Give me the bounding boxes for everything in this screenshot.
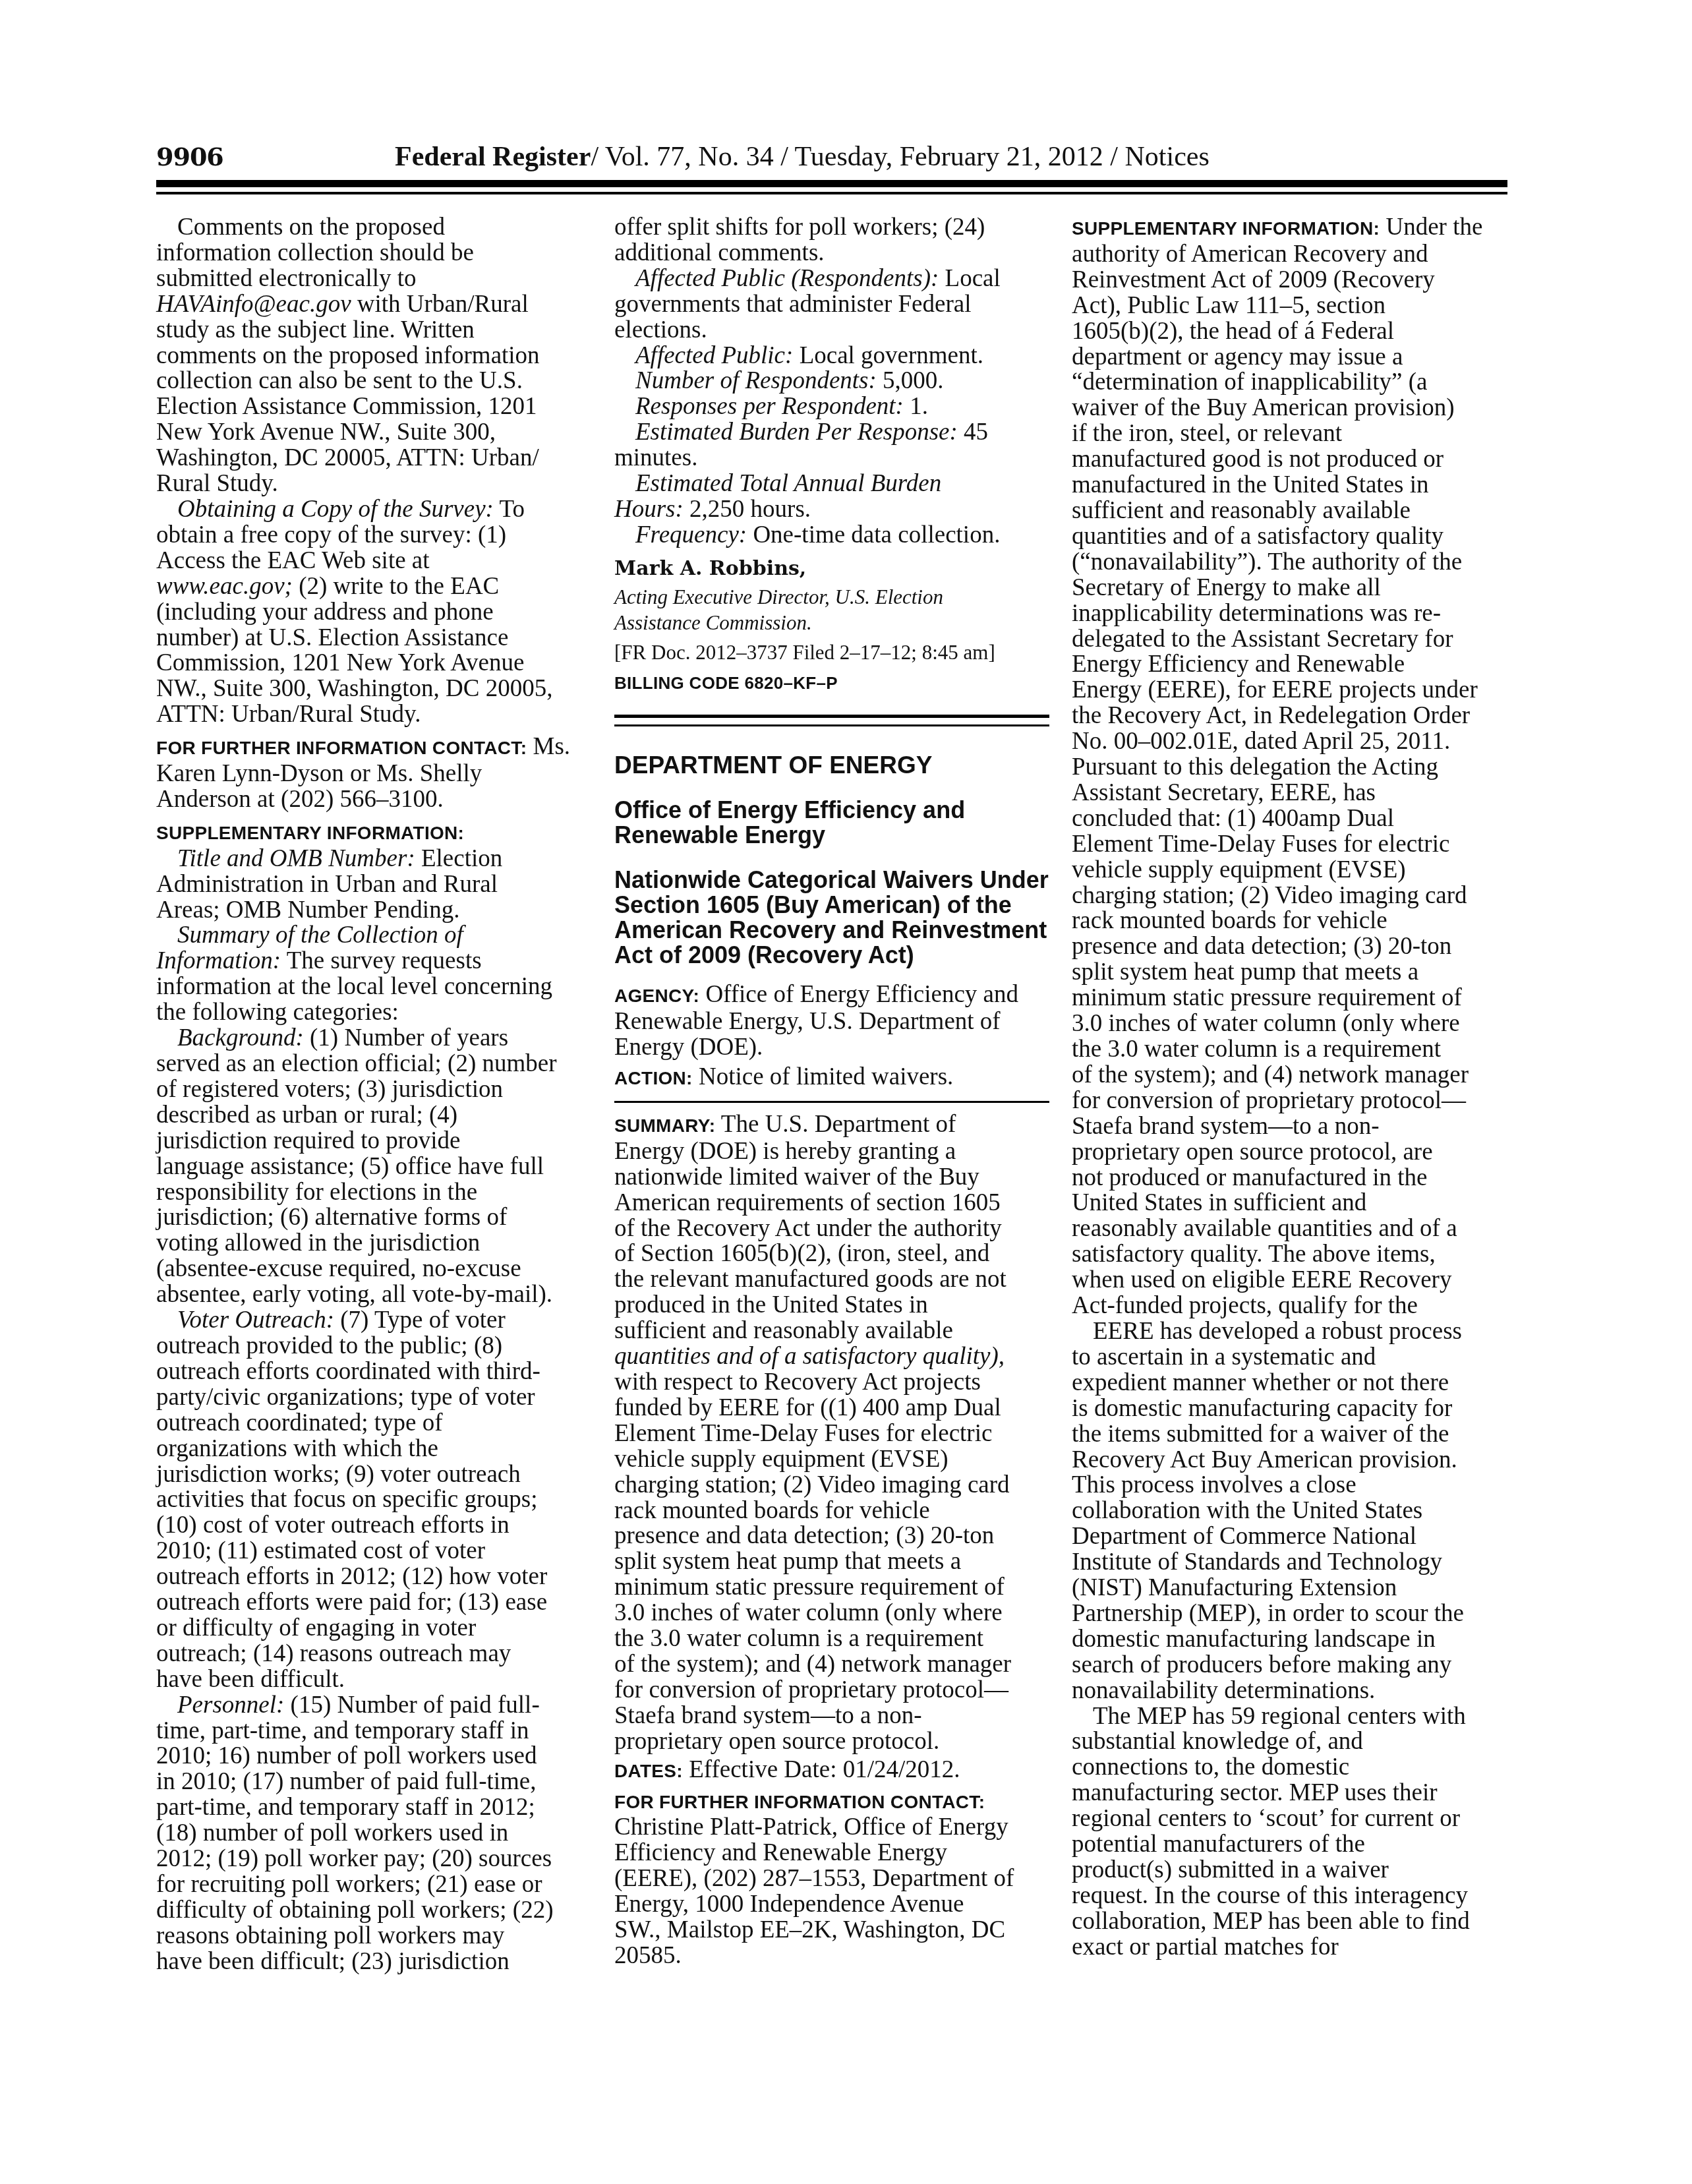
text-line: organizations with which the	[156, 1436, 611, 1462]
text-line: charging station; (2) Video imaging card	[614, 1473, 1069, 1498]
text-line: for conversion of proprietary protocol—	[1072, 1088, 1527, 1114]
text-line: the relevant manufactured goods are not	[614, 1267, 1069, 1293]
text-line: the Recovery Act, in Redelegation Order	[1072, 703, 1527, 729]
text-line: ATTN: Urban/Rural Study.	[156, 702, 611, 728]
text-line: not produced or manufactured in the	[1072, 1166, 1527, 1191]
text-line: voting allowed in the jurisdiction	[156, 1231, 611, 1256]
text-line: jurisdiction; (6) alternative forms of	[156, 1205, 611, 1231]
text-line: presence and data detection; (3) 20-ton	[1072, 934, 1527, 960]
text-line: the following categories:	[156, 1000, 611, 1026]
text-line: Staefa brand system—to a non-	[614, 1703, 1069, 1729]
text-line: have been difficult; (23) jurisdiction	[156, 1949, 611, 1975]
text-line: Comments on the proposed	[156, 215, 611, 241]
contact-section: FOR FURTHER INFORMATION CONTACT: Ms. Kar…	[156, 734, 611, 813]
text-line: funded by EERE for ((1) 400 amp Dual	[614, 1396, 1069, 1421]
text-line: rack mounted boards for vehicle	[1072, 908, 1527, 934]
text-line: time, part-time, and temporary staff in	[156, 1719, 611, 1744]
text-line: Affected Public: Local government.	[614, 343, 1069, 369]
text-line: inapplicability determinations was re-	[1072, 601, 1527, 627]
text-line: vehicle supply equipment (EVSE)	[614, 1447, 1069, 1473]
text-line: number) at U.S. Election Assistance	[156, 626, 611, 651]
text-line: additional comments.	[614, 241, 1069, 266]
text-line: if the iron, steel, or relevant	[1072, 421, 1527, 447]
text-line: Act-funded projects, qualify for the	[1072, 1293, 1527, 1319]
text-line: part-time, and temporary staff in 2012;	[156, 1795, 611, 1821]
text-line: Rural Study.	[156, 471, 611, 497]
text-line: 3.0 inches of water column (only where	[1072, 1011, 1527, 1037]
text-line: Element Time-Delay Fuses for electric	[614, 1421, 1069, 1447]
text-line: Frequency: One-time data collection.	[614, 523, 1069, 548]
text-line: for conversion of proprietary protocol—	[614, 1678, 1069, 1703]
text-line: (18) number of poll workers used in	[156, 1821, 611, 1846]
section-label: SUMMARY:	[614, 1115, 715, 1136]
text-line: United States in sufficient and	[1072, 1191, 1527, 1216]
text-line: Institute of Standards and Technology	[1072, 1550, 1527, 1576]
text-line: Voter Outreach: (7) Type of voter	[156, 1308, 611, 1334]
text-line: Summary of the Collection of	[156, 923, 611, 949]
section-label: AGENCY:	[614, 986, 699, 1006]
text-line: EERE has developed a robust process	[1072, 1319, 1527, 1345]
text-line: for recruiting poll workers; (21) ease o…	[156, 1872, 611, 1898]
text-line: satisfactory quality. The above items,	[1072, 1242, 1527, 1268]
text-line: Election Assistance Commission, 1201	[156, 394, 611, 420]
text-line: study as the subject line. Written	[156, 318, 611, 343]
text-line: The MEP has 59 regional centers with	[1072, 1704, 1527, 1730]
text-line: (including your address and phone	[156, 600, 611, 626]
text-line: Energy (DOE) is hereby granting a	[614, 1139, 1069, 1165]
text-line: FOR FURTHER INFORMATION CONTACT: Ms.	[156, 734, 611, 761]
billing-code: BILLING CODE 6820–KF–P	[614, 669, 1069, 696]
text-line: sufficient and reasonably available	[614, 1318, 1069, 1344]
text-line: minimum static pressure requirement of	[614, 1575, 1069, 1601]
text-line: Energy Efficiency and Renewable	[1072, 652, 1527, 678]
text-line: product(s) submitted in a waiver	[1072, 1858, 1527, 1883]
text-line: manufactured in the United States in	[1072, 473, 1527, 498]
text-line: outreach efforts coordinated with third-	[156, 1359, 611, 1385]
text-line: reasonably available quantities and of a	[1072, 1216, 1527, 1242]
text-line: or difficulty of engaging in voter	[156, 1616, 611, 1641]
text-line: proprietary open source protocol, are	[1072, 1140, 1527, 1166]
text-line: Element Time-Delay Fuses for electric	[1072, 832, 1527, 858]
text-line: FOR FURTHER INFORMATION CONTACT:	[614, 1788, 1069, 1815]
document-separator-thick	[614, 715, 1049, 718]
text-line: language assistance; (5) office have ful…	[156, 1154, 611, 1180]
text-line: information collection should be	[156, 241, 611, 266]
text-line: information at the local level concernin…	[156, 974, 611, 1000]
text-line: offer split shifts for poll workers; (24…	[614, 215, 1069, 241]
text-line: jurisdiction works; (9) voter outreach	[156, 1462, 611, 1488]
text-line: Areas; OMB Number Pending.	[156, 898, 611, 924]
text-line: Renewable Energy, U.S. Department of	[614, 1009, 1069, 1035]
text-line: split system heat pump that meets a	[614, 1549, 1069, 1575]
text-line: manufactured good is not produced or	[1072, 447, 1527, 473]
text-line: concluded that: (1) 400amp Dual	[1072, 806, 1527, 832]
text-line: exact or partial matches for	[1072, 1935, 1527, 1961]
text-line: rack mounted boards for vehicle	[614, 1498, 1069, 1524]
text-line: responsibility for elections in the	[156, 1180, 611, 1206]
text-line: SUPPLEMENTARY INFORMATION:	[156, 819, 611, 846]
text-line: Obtaining a Copy of the Survey: To	[156, 497, 611, 523]
comments-paragraph: Comments on the proposed information col…	[156, 215, 611, 497]
text-line: presence and data detection; (3) 20-ton	[614, 1523, 1069, 1549]
text-line: produced in the United States in	[614, 1293, 1069, 1318]
text-line: Partnership (MEP), in order to scour the	[1072, 1601, 1527, 1627]
text-line: obtain a free copy of the survey: (1)	[156, 523, 611, 548]
notice-title: Nationwide Categorical Waivers Under	[614, 868, 1069, 893]
text-line: Title and OMB Number: Election	[156, 846, 611, 872]
column-2: offer split shifts for poll workers; (24…	[614, 215, 1069, 1969]
page-header: 9906 Federal Register/ Vol. 77, No. 34 /…	[156, 142, 1507, 175]
text-line: Access the EAC Web site at	[156, 548, 611, 574]
text-line: waiver of the Buy American provision)	[1072, 396, 1527, 421]
text-line: outreach; (14) reasons outreach may	[156, 1641, 611, 1667]
text-line: outreach coordinated; type of	[156, 1411, 611, 1436]
text-line: to ascertain in a systematic and	[1072, 1345, 1527, 1371]
department-heading: DEPARTMENT OF ENERGY	[614, 752, 1069, 779]
text-line: (absentee-excuse required, no-excuse	[156, 1256, 611, 1282]
signer-title: Assistance Commission.	[614, 610, 1069, 636]
text-line: nationwide limited waiver of the Buy	[614, 1165, 1069, 1191]
text-line: “determination of inapplicability” (a	[1072, 370, 1527, 396]
text-line: 1605(b)(2), the head of á Federal	[1072, 319, 1527, 345]
text-line: Secretary of Energy to make all	[1072, 576, 1527, 601]
text-line: Energy (EERE), for EERE projects under	[1072, 678, 1527, 703]
text-line: Anderson at (202) 566–3100.	[156, 787, 611, 813]
text-line: jurisdiction required to provide	[156, 1129, 611, 1154]
text-line: Information: The survey requests	[156, 949, 611, 974]
text-line: (NIST) Manufacturing Extension	[1072, 1576, 1527, 1601]
text-line: with respect to Recovery Act projects	[614, 1370, 1069, 1396]
text-line: department or agency may issue a	[1072, 345, 1527, 370]
text-line: submitted electronically to	[156, 266, 611, 292]
text-line: quantities and of a satisfactory quality…	[614, 1344, 1069, 1370]
text-line: (EERE), (202) 287–1553, Department of	[614, 1866, 1069, 1892]
section-label: SUPPLEMENTARY INFORMATION:	[1072, 218, 1380, 239]
website-link[interactable]: www.eac.gov;	[156, 573, 293, 600]
text-line: American requirements of section 1605	[614, 1191, 1069, 1216]
text-line: outreach provided to the public; (8)	[156, 1334, 611, 1359]
text-line: Assistant Secretary, EERE, has	[1072, 781, 1527, 806]
text-line: Number of Respondents: 5,000.	[614, 369, 1069, 394]
text-line: connections to, the domestic	[1072, 1755, 1527, 1781]
text-line: SUMMARY: The U.S. Department of	[614, 1112, 1069, 1139]
text-line: HAVAinfo@eac.gov with Urban/Rural	[156, 292, 611, 318]
running-head: Federal Register/ Vol. 77, No. 34 / Tues…	[395, 142, 1210, 171]
text-line: Energy (DOE).	[614, 1035, 1069, 1061]
fr-doc-citation: [FR Doc. 2012–3737 Filed 2–17–12; 8:45 a…	[614, 640, 1069, 666]
text-line: served as an election official; (2) numb…	[156, 1051, 611, 1077]
text-line: SUPPLEMENTARY INFORMATION: Under the	[1072, 215, 1527, 242]
text-line: 2010; (11) estimated cost of voter	[156, 1539, 611, 1564]
column-3: SUPPLEMENTARY INFORMATION: Under the aut…	[1072, 215, 1527, 1961]
text-line: difficulty of obtaining poll workers; (2…	[156, 1898, 611, 1924]
text-line: (10) cost of voter outreach efforts in	[156, 1513, 611, 1539]
text-line: delegated to the Assistant Secretary for	[1072, 627, 1527, 653]
header-rule-thin	[156, 192, 1507, 194]
section-label: SUPPLEMENTARY INFORMATION:	[156, 823, 464, 843]
text-line: request. In the course of this interagen…	[1072, 1883, 1527, 1909]
text-line: in 2010; (17) number of paid full-time,	[156, 1769, 611, 1795]
text-line: expedient manner whether or not there	[1072, 1371, 1527, 1396]
text-line: AGENCY: Office of Energy Efficiency and	[614, 982, 1069, 1009]
text-line: www.eac.gov; (2) write to the EAC	[156, 574, 611, 600]
text-line: outreach efforts were paid for; (13) eas…	[156, 1590, 611, 1616]
text-line: substantial knowledge of, and	[1072, 1729, 1527, 1755]
text-line: elections.	[614, 318, 1069, 343]
page-number: 9906	[156, 142, 223, 171]
section-label: DATES:	[614, 1761, 683, 1781]
text-line: DATES: Effective Date: 01/24/2012.	[614, 1757, 1069, 1785]
text-line: Personnel: (15) Number of paid full-	[156, 1693, 611, 1719]
text-line: No. 00–002.01E, dated April 25, 2011.	[1072, 729, 1527, 755]
text-line: 2012; (19) poll worker pay; (20) sources	[156, 1846, 611, 1872]
text-line: Energy, 1000 Independence Avenue	[614, 1892, 1069, 1918]
text-line: New York Avenue NW., Suite 300,	[156, 420, 611, 446]
notice-title: Section 1605 (Buy American) of the	[614, 893, 1069, 918]
notice-title: American Recovery and Reinvestment	[614, 918, 1069, 943]
text-line: collection can also be sent to the U.S.	[156, 369, 611, 394]
text-line: activities that focus on specific groups…	[156, 1487, 611, 1513]
text-line: minutes.	[614, 446, 1069, 471]
text-line: the items submitted for a waiver of the	[1072, 1422, 1527, 1448]
text-line: described as urban or rural; (4)	[156, 1103, 611, 1129]
text-line: of Section 1605(b)(2), (iron, steel, and	[614, 1241, 1069, 1267]
text-line: nonavailability determinations.	[1072, 1678, 1527, 1704]
text-line: domestic manufacturing landscape in	[1072, 1627, 1527, 1653]
text-line: Pursuant to this delegation the Acting	[1072, 755, 1527, 781]
text-line: Karen Lynn-Dyson or Ms. Shelly	[156, 761, 611, 787]
text-line: Act), Public Law 111–5, section	[1072, 293, 1527, 319]
text-line: potential manufacturers of the	[1072, 1832, 1527, 1858]
text-line: Estimated Total Annual Burden	[614, 471, 1069, 497]
text-line: SW., Mailstop EE–2K, Washington, DC	[614, 1918, 1069, 1943]
section-label: ACTION:	[614, 1068, 693, 1088]
issue-details: / Vol. 77, No. 34 / Tuesday, February 21…	[591, 142, 1209, 172]
section-separator	[614, 1101, 1049, 1103]
text-line: reasons obtaining poll workers may	[156, 1924, 611, 1949]
text-line: regional centers to ‘scout’ for current …	[1072, 1806, 1527, 1832]
text-line: Hours: 2,250 hours.	[614, 497, 1069, 523]
text-line: search of producers before making any	[1072, 1653, 1527, 1678]
text-line: Commission, 1201 New York Avenue	[156, 651, 611, 676]
text-line: Reinvestment Act of 2009 (Recovery	[1072, 268, 1527, 293]
text-line: proprietary open source protocol.	[614, 1729, 1069, 1755]
text-line: the 3.0 water column is a requirement	[614, 1626, 1069, 1652]
text-line: Efficiency and Renewable Energy	[614, 1841, 1069, 1866]
text-line: 2010; 16) number of poll workers used	[156, 1744, 611, 1769]
text-line: quantities and of a satisfactory quality	[1072, 524, 1527, 550]
text-line: charging station; (2) Video imaging card	[1072, 883, 1527, 909]
supplementary-section: SUPPLEMENTARY INFORMATION: Title and OMB…	[156, 819, 611, 1975]
text-line: This process involves a close	[1072, 1473, 1527, 1498]
text-line: party/civic organizations; type of voter	[156, 1385, 611, 1411]
text-line: (“nonavailability”). The authority of th…	[1072, 550, 1527, 576]
text-line: split system heat pump that meets a	[1072, 960, 1527, 986]
section-label: FOR FURTHER INFORMATION CONTACT:	[614, 1792, 985, 1812]
text-line: 20585.	[614, 1943, 1069, 1969]
text-line: of the Recovery Act under the authority	[614, 1216, 1069, 1242]
text-line: governments that administer Federal	[614, 292, 1069, 318]
text-line: sufficient and reasonably available	[1072, 498, 1527, 524]
text-line: authority of American Recovery and	[1072, 242, 1527, 268]
section-label: FOR FURTHER INFORMATION CONTACT:	[156, 738, 527, 758]
text-line: Washington, DC 20005, ATTN: Urban/	[156, 446, 611, 471]
text-line: of the system); and (4) network manager	[614, 1652, 1069, 1678]
text-line: NW., Suite 300, Washington, DC 20005,	[156, 676, 611, 702]
text-line: 3.0 inches of water column (only where	[614, 1601, 1069, 1626]
text-line: Department of Commerce National	[1072, 1524, 1527, 1550]
publication-name: Federal Register	[395, 142, 591, 172]
email-link[interactable]: HAVAinfo@eac.gov	[156, 291, 351, 318]
text-line: vehicle supply equipment (EVSE)	[1072, 858, 1527, 883]
text-line: ACTION: Notice of limited waivers.	[614, 1065, 1069, 1092]
text-line: of the system); and (4) network manager	[1072, 1063, 1527, 1088]
text-line: is domestic manufacturing capacity for	[1072, 1396, 1527, 1422]
text-line: collaboration, MEP has been able to find	[1072, 1909, 1527, 1935]
text-line: Background: (1) Number of years	[156, 1026, 611, 1051]
header-rule-thick	[156, 180, 1507, 187]
text-line: of registered voters; (3) jurisdiction	[156, 1077, 611, 1103]
text-line: outreach efforts in 2012; (12) how voter	[156, 1564, 611, 1590]
notice-title: Act of 2009 (Recovery Act)	[614, 943, 1069, 968]
text-line: collaboration with the United States	[1072, 1498, 1527, 1524]
signer-title: Acting Executive Director, U.S. Election	[614, 585, 1069, 610]
text-line: have been difficult.	[156, 1667, 611, 1693]
obtaining-copy-paragraph: Obtaining a Copy of the Survey: To obtai…	[156, 497, 611, 728]
text-line: Recovery Act Buy American provision.	[1072, 1448, 1527, 1473]
text-line: comments on the proposed information	[156, 343, 611, 369]
text-line: Administration in Urban and Rural	[156, 872, 611, 898]
column-1: Comments on the proposed information col…	[156, 215, 611, 1975]
text-line: Christine Platt-Patrick, Office of Energ…	[614, 1815, 1069, 1841]
signer-name: Mark A. Robbins,	[614, 555, 1069, 582]
text-line: absentee, early voting, all vote-by-mail…	[156, 1282, 611, 1308]
text-line: Staefa brand system—to a non-	[1072, 1114, 1527, 1140]
text-line: minimum static pressure requirement of	[1072, 986, 1527, 1011]
text-line: Affected Public (Respondents): Local	[614, 266, 1069, 292]
text-line: Estimated Burden Per Response: 45	[614, 420, 1069, 446]
text-line: Responses per Respondent: 1.	[614, 394, 1069, 420]
office-heading: Office of Energy Efficiency and	[614, 798, 1069, 823]
office-heading: Renewable Energy	[614, 823, 1069, 848]
text-line: manufacturing sector. MEP uses their	[1072, 1781, 1527, 1806]
text-line: the 3.0 water column is a requirement	[1072, 1037, 1527, 1063]
text-line: when used on eligible EERE Recovery	[1072, 1268, 1527, 1293]
